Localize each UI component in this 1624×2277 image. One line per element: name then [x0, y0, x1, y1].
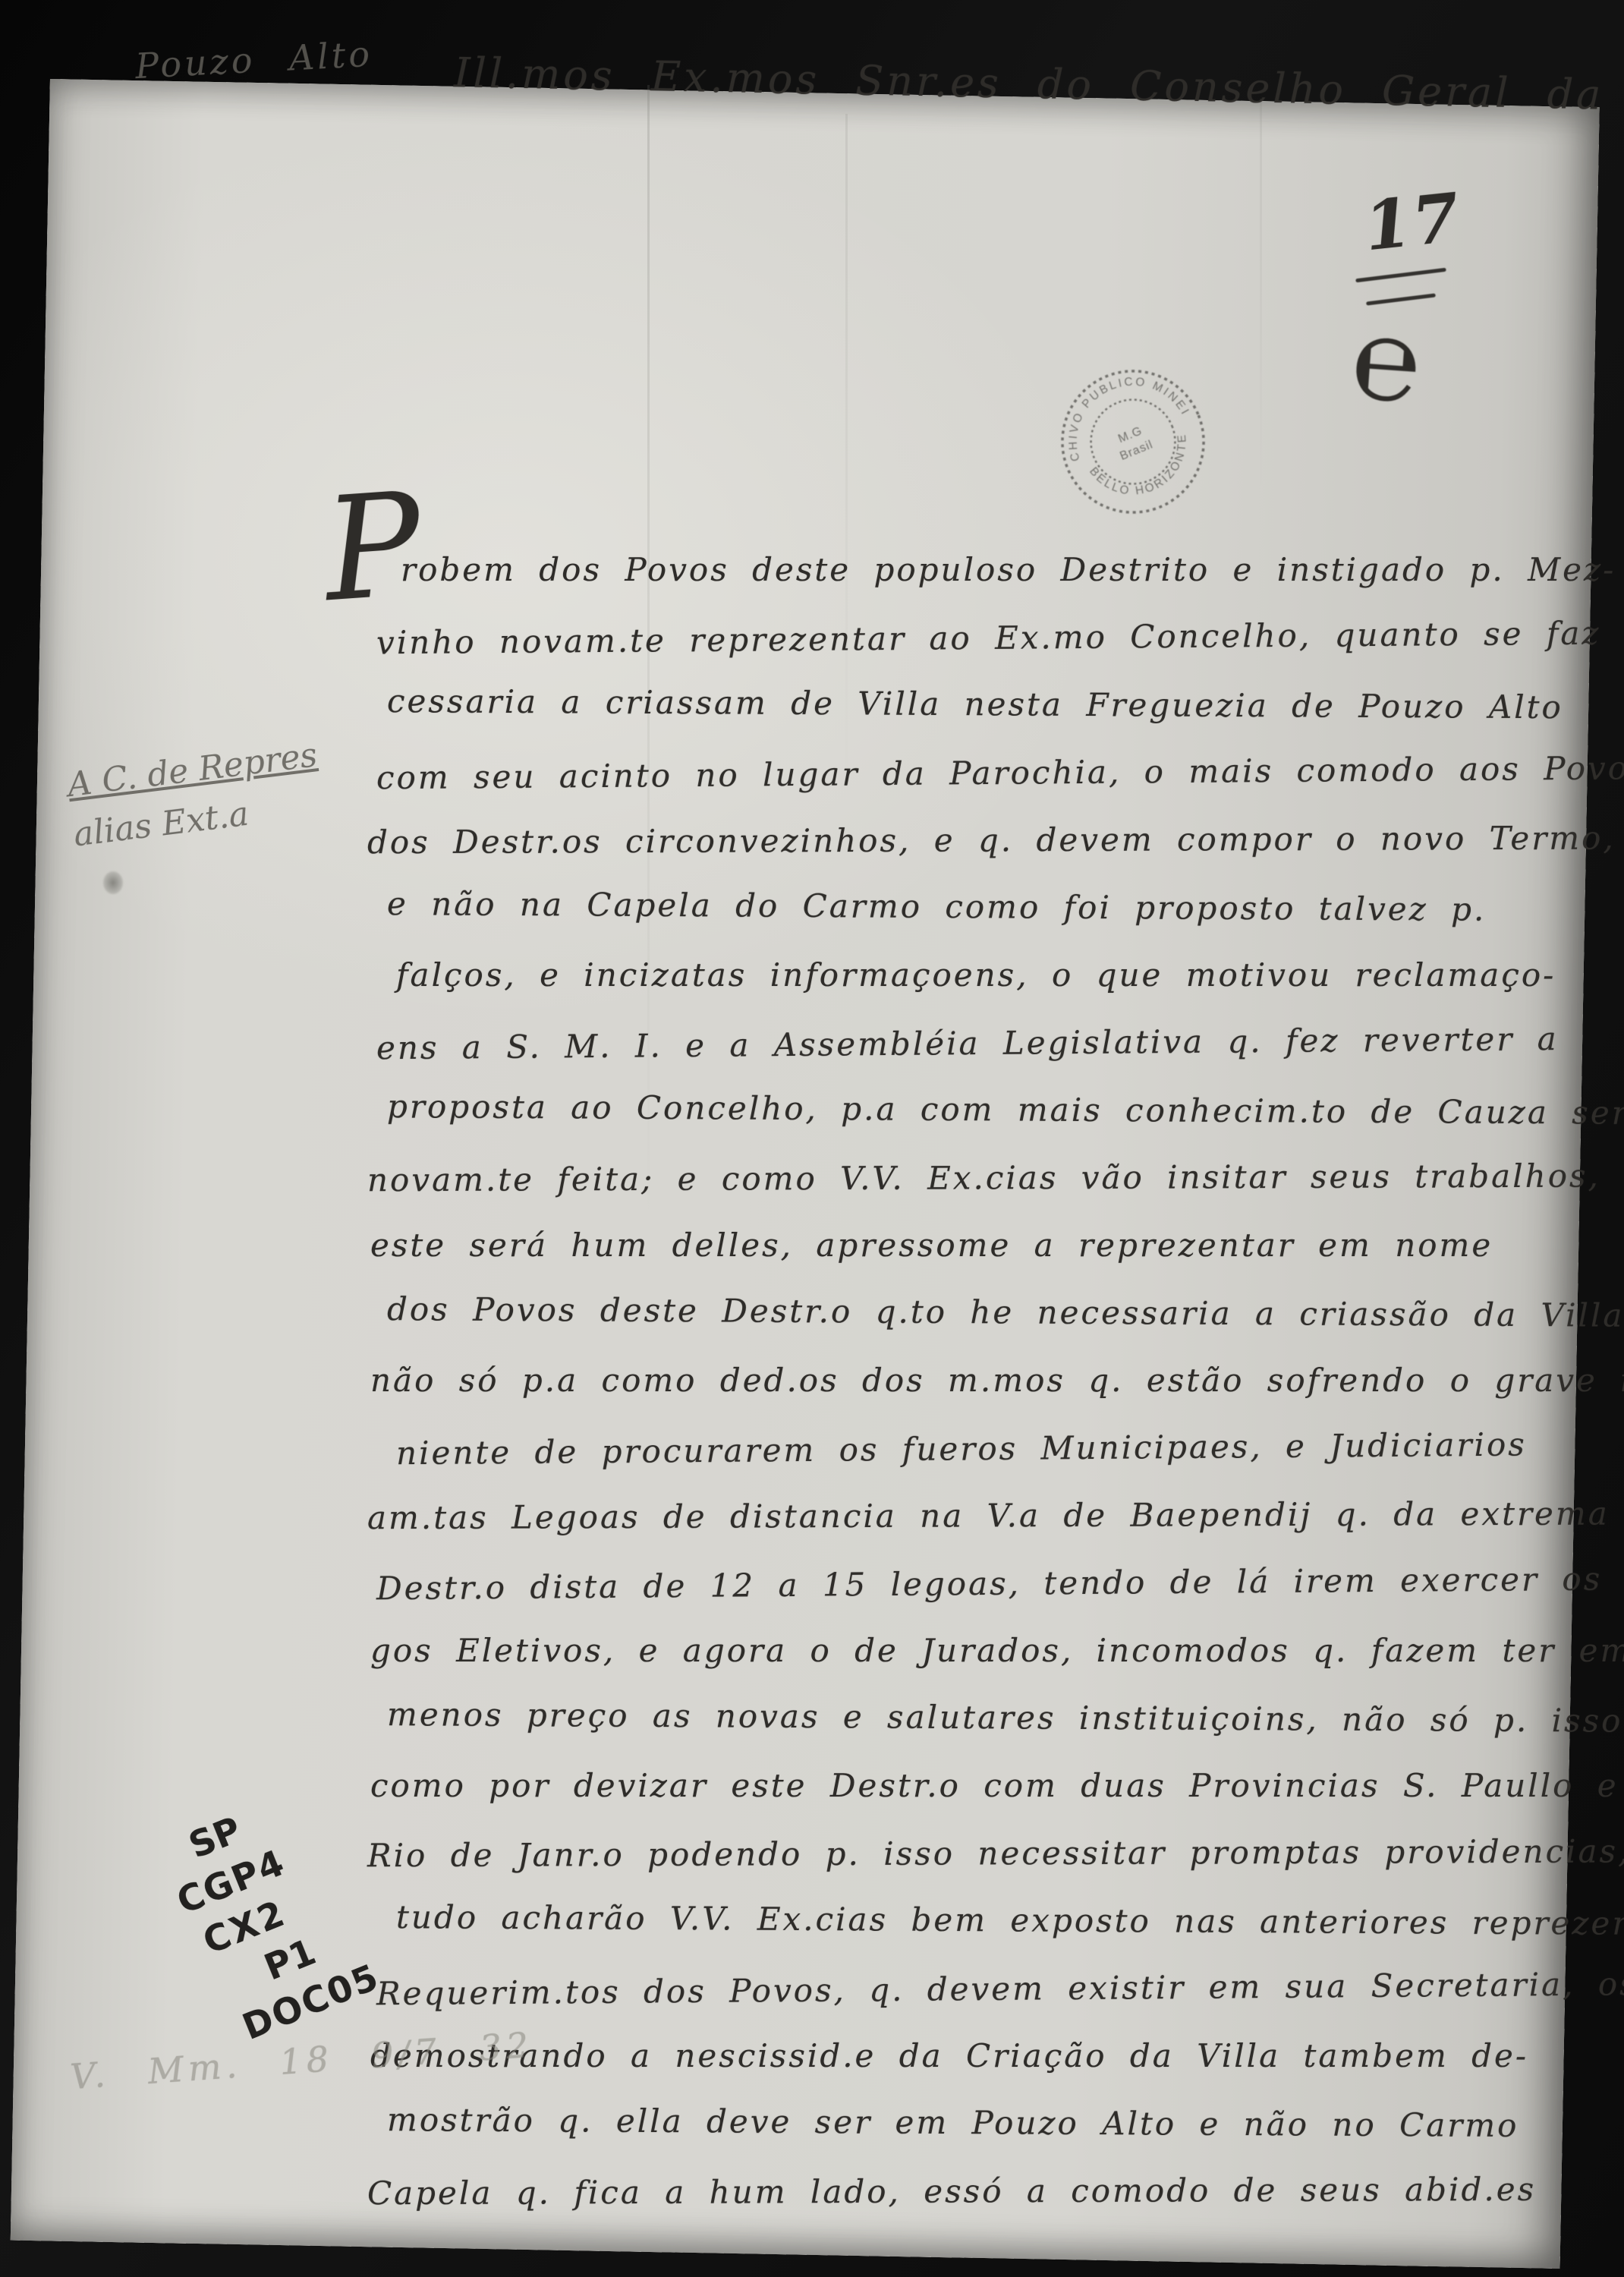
- manuscript-line: vinho novam.te reprezentar ao Ex.mo Conc…: [376, 598, 1624, 677]
- manuscript-line: gos Eletivos, e agora o de Jurados, inco…: [370, 1617, 1624, 1684]
- folio-number: 17: [1361, 178, 1465, 266]
- manuscript-line: este será hum delles, apressome a reprez…: [370, 1211, 1624, 1279]
- manuscript-line: demostrando a nescissid.e da Criação da …: [370, 2022, 1624, 2090]
- paraph-flourish-icon: ℮: [1348, 291, 1425, 429]
- manuscript-line: Destr.o dista de 12 a 15 legoas, tendo d…: [376, 1544, 1624, 1623]
- manuscript-line: falços, e incizatas informaçoens, o que …: [396, 941, 1624, 1009]
- place-annotation: Pouzo Alto: [134, 33, 373, 87]
- paper-fold-seam: [1260, 99, 1262, 493]
- manuscript-line: robem dos Povos deste populoso Destrito …: [370, 536, 1624, 603]
- manuscript-line: novam.te feita; e como V.V. Ex.cias vão …: [367, 1142, 1624, 1214]
- ink-smudge: [103, 871, 123, 894]
- manuscript-line: tudo acharão V.V. Ex.cias bem exposto na…: [396, 1883, 1624, 1958]
- manuscript-line: am.tas Legoas de distancia na V.a de Bae…: [367, 1479, 1624, 1552]
- scanned-manuscript-page: Pouzo Alto Ill.mos Ex.mos Snr.es do Cons…: [0, 0, 1624, 2277]
- manuscript-line: cessaria a criassam de Villa nesta Fregu…: [387, 667, 1624, 742]
- manuscript-line: menos preço as novas e salutares institu…: [387, 1680, 1624, 1756]
- manuscript-line: não só p.a como ded.os dos m.mos q. estã…: [370, 1346, 1624, 1414]
- manuscript-line: Rio de Janr.o podendo p. isso necessitar…: [367, 1817, 1624, 1890]
- manuscript-line: mostrão q. ella deve ser em Pouzo Alto e…: [387, 2086, 1624, 2161]
- manuscript-line: como por devizar este Destr.o com duas P…: [370, 1752, 1624, 1819]
- manuscript-line: ens a S. M. I. e a Assembléia Legislativ…: [376, 1003, 1624, 1082]
- letter-body: robem dos Povos deste populoso Destrito …: [370, 536, 1624, 2225]
- manuscript-line: e não na Capela do Carmo como foi propos…: [387, 870, 1624, 945]
- manuscript-line: proposta ao Concelho, p.a com mais conhe…: [387, 1072, 1624, 1148]
- manuscript-line: com seu acinto no lugar da Parochia, o m…: [376, 733, 1624, 812]
- manuscript-line: dos Destr.os circonvezinhos, e q. devem …: [367, 804, 1624, 877]
- manuscript-line: niente de procurarem os fueros Municipae…: [396, 1409, 1624, 1487]
- manuscript-line: Requerim.tos dos Povos, q. devem existir…: [376, 1949, 1624, 2028]
- manuscript-line: Capela q. fica a hum lado, essó a comodo…: [367, 2155, 1624, 2228]
- manuscript-line: dos Povos deste Destr.o q.to he necessar…: [387, 1275, 1624, 1350]
